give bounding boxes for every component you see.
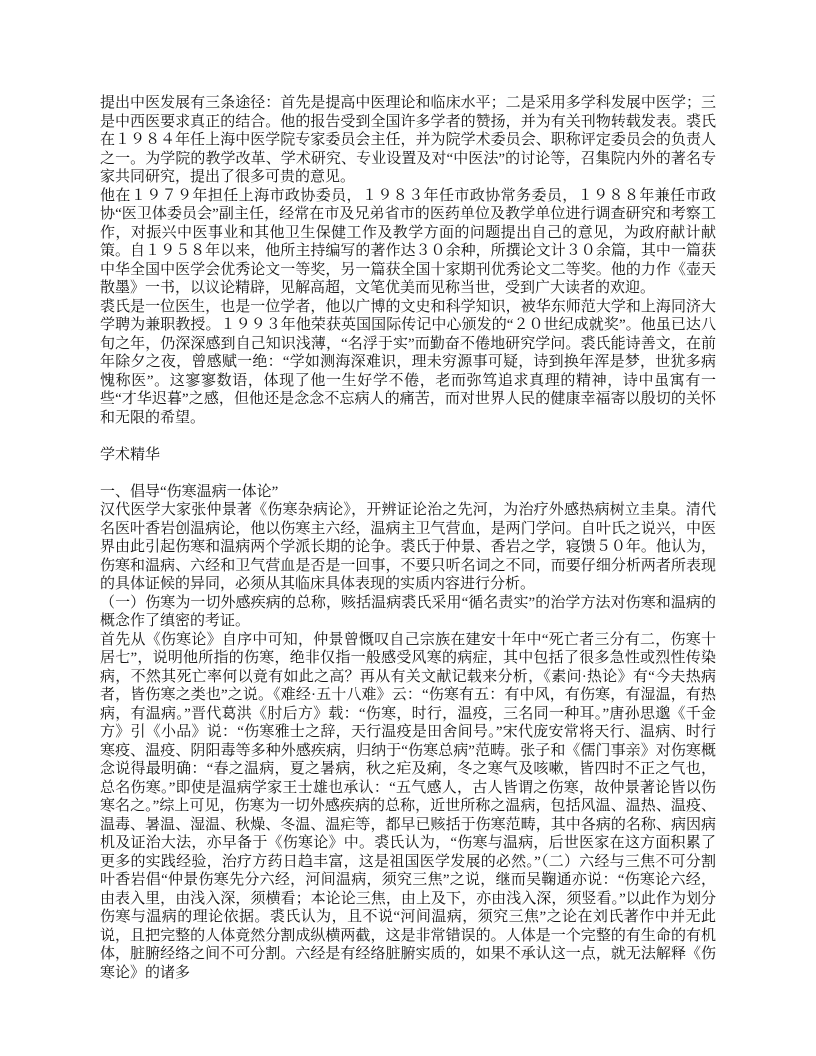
document-page: 提出中医发展有三条途径：首先是提高中医理论和临床水平；二是采用多学科发展中医学；… (0, 0, 816, 1056)
paragraph: 他在１９７９年担任上海市政协委员，１９８３年任市政协常务委员，１９８８年兼任市政… (100, 187, 716, 298)
subsection-heading: 一、倡导“伤寒温病一体论” (100, 483, 716, 502)
paragraph: 裘氏是一位医生，也是一位学者，他以广博的文史和科学知识，被华东师范大学和上海同济… (100, 298, 716, 428)
paragraph: 汉代医学大家张仲景著《伤寒杂病论》，开辨证论治之先河，为治疗外感热病树立圭臬。清… (100, 501, 716, 594)
paragraph: 提出中医发展有三条途径：首先是提高中医理论和临床水平；二是采用多学科发展中医学；… (100, 94, 716, 187)
paragraph: 首先从《伤寒论》自序中可知，仲景曾慨叹自己宗族在建安十年中“死亡者三分有二，伤寒… (100, 631, 716, 983)
paragraph: （一）伤寒为一切外感疾病的总称，赅括温病裘氏采用“循名责实”的治学方法对伤寒和温… (100, 594, 716, 631)
section-heading: 学术精华 (100, 446, 716, 465)
